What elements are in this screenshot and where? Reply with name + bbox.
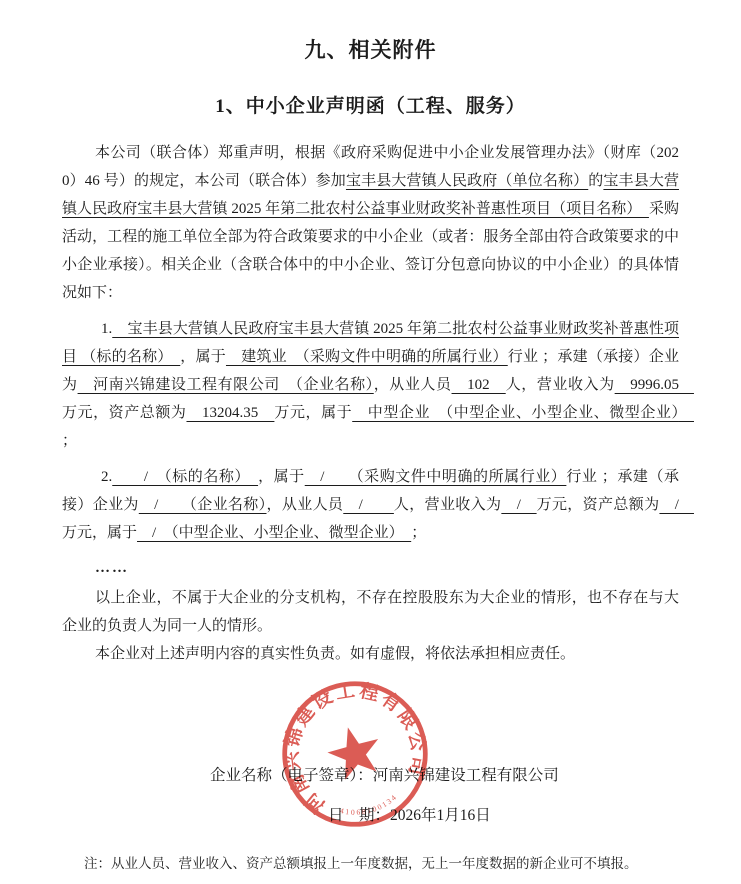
text-run: 的: [588, 173, 603, 189]
text-run: 人，营业收入为: [394, 497, 501, 513]
date-value: 2026年1月16日: [390, 807, 491, 824]
responsibility-paragraph: 本企业对上述声明内容的真实性负责。如有虚假，将依法承担相应责任。: [62, 640, 679, 668]
filled-blank-employees: 102: [452, 377, 506, 393]
date-label: 日 期：: [328, 807, 390, 824]
declaration-paragraph: 本公司（联合体）郑重声明，根据《政府采购促进中小企业发展管理办法》（财库（202…: [62, 139, 679, 307]
empty-blank-enterprise-type: / （中型企业、小型企业、微型企业）: [137, 525, 411, 541]
section-heading: 九、相关附件: [62, 34, 679, 64]
enterprise-item-1: 1. 宝丰县大营镇人民政府宝丰县大营镇 2025 年第二批农村公益事业财政奖补普…: [62, 315, 679, 455]
filled-blank-enterprise-type: 中型企业 （中型企业、小型企业、微型企业）: [352, 405, 694, 421]
text-run: ，属于: [180, 349, 226, 365]
text-run: ；: [62, 433, 77, 449]
enterprise-item-2: 2. / （标的名称） ，属于 / （采购文件中明确的所属行业）行业 ；承建（承…: [62, 463, 679, 547]
filled-blank-industry: 建筑业 （采购文件中明确的所属行业）: [226, 349, 508, 365]
empty-blank-revenue: /: [501, 497, 536, 513]
empty-blank-industry: / （采购文件中明确的所属行业）: [305, 469, 567, 485]
text-run: ；: [411, 525, 426, 541]
item-number: 2.: [101, 469, 112, 485]
empty-blank-assets: /: [659, 497, 694, 513]
filled-blank-company-name: 河南兴锦建设工程有限公司 （企业名称）: [78, 377, 374, 393]
text-run: ，从业人员: [267, 497, 344, 513]
filled-blank-revenue: 9996.05: [615, 377, 694, 393]
text-run: 万元，属于: [62, 525, 137, 541]
empty-blank-company-name: / （企业名称）: [139, 497, 267, 513]
text-run: 万元，资产总额为: [537, 497, 660, 513]
empty-blank-employees: /: [343, 497, 394, 513]
company-name-value: 河南兴锦建设工程有限公司: [373, 767, 559, 784]
text-run: 人，营业收入为: [506, 377, 615, 393]
text-run: 万元，属于: [274, 405, 352, 421]
footnote: 注：从业人员、营业收入、资产总额填报上一年度数据，无上一年度数据的新企业可不填报…: [62, 854, 679, 874]
no-large-enterprise-paragraph: 以上企业，不属于大企业的分支机构，不存在控股股东为大企业的情形，也不存在与大企业…: [62, 584, 679, 640]
date-line: 日 期：2026年1月16日: [62, 802, 679, 830]
company-name-label: 企业名称（电子签章）：: [210, 767, 373, 784]
filled-blank-assets: 13204.35: [186, 405, 274, 421]
document-page: 九、相关附件 1、中小企业声明函（工程、服务） 本公司（联合体）郑重声明，根据《…: [0, 0, 741, 884]
filled-blank-purchaser: 宝丰县大营镇人民政府（单位名称）: [346, 173, 588, 189]
empty-blank-subject-name: / （标的名称）: [112, 469, 258, 485]
text-run: ，从业人员: [374, 377, 452, 393]
item-number: 1.: [101, 321, 112, 337]
ellipsis-line: ……: [62, 554, 679, 582]
document-title: 1、中小企业声明函（工程、服务）: [62, 91, 679, 118]
company-signature-line: 企业名称（电子签章）：河南兴锦建设工程有限公司: [62, 762, 679, 790]
text-run: ，属于: [258, 469, 305, 485]
signature-block: 企业名称（电子签章）：河南兴锦建设工程有限公司 日 期：2026年1月16日: [62, 762, 679, 830]
text-run: 万元，资产总额为: [62, 405, 186, 421]
